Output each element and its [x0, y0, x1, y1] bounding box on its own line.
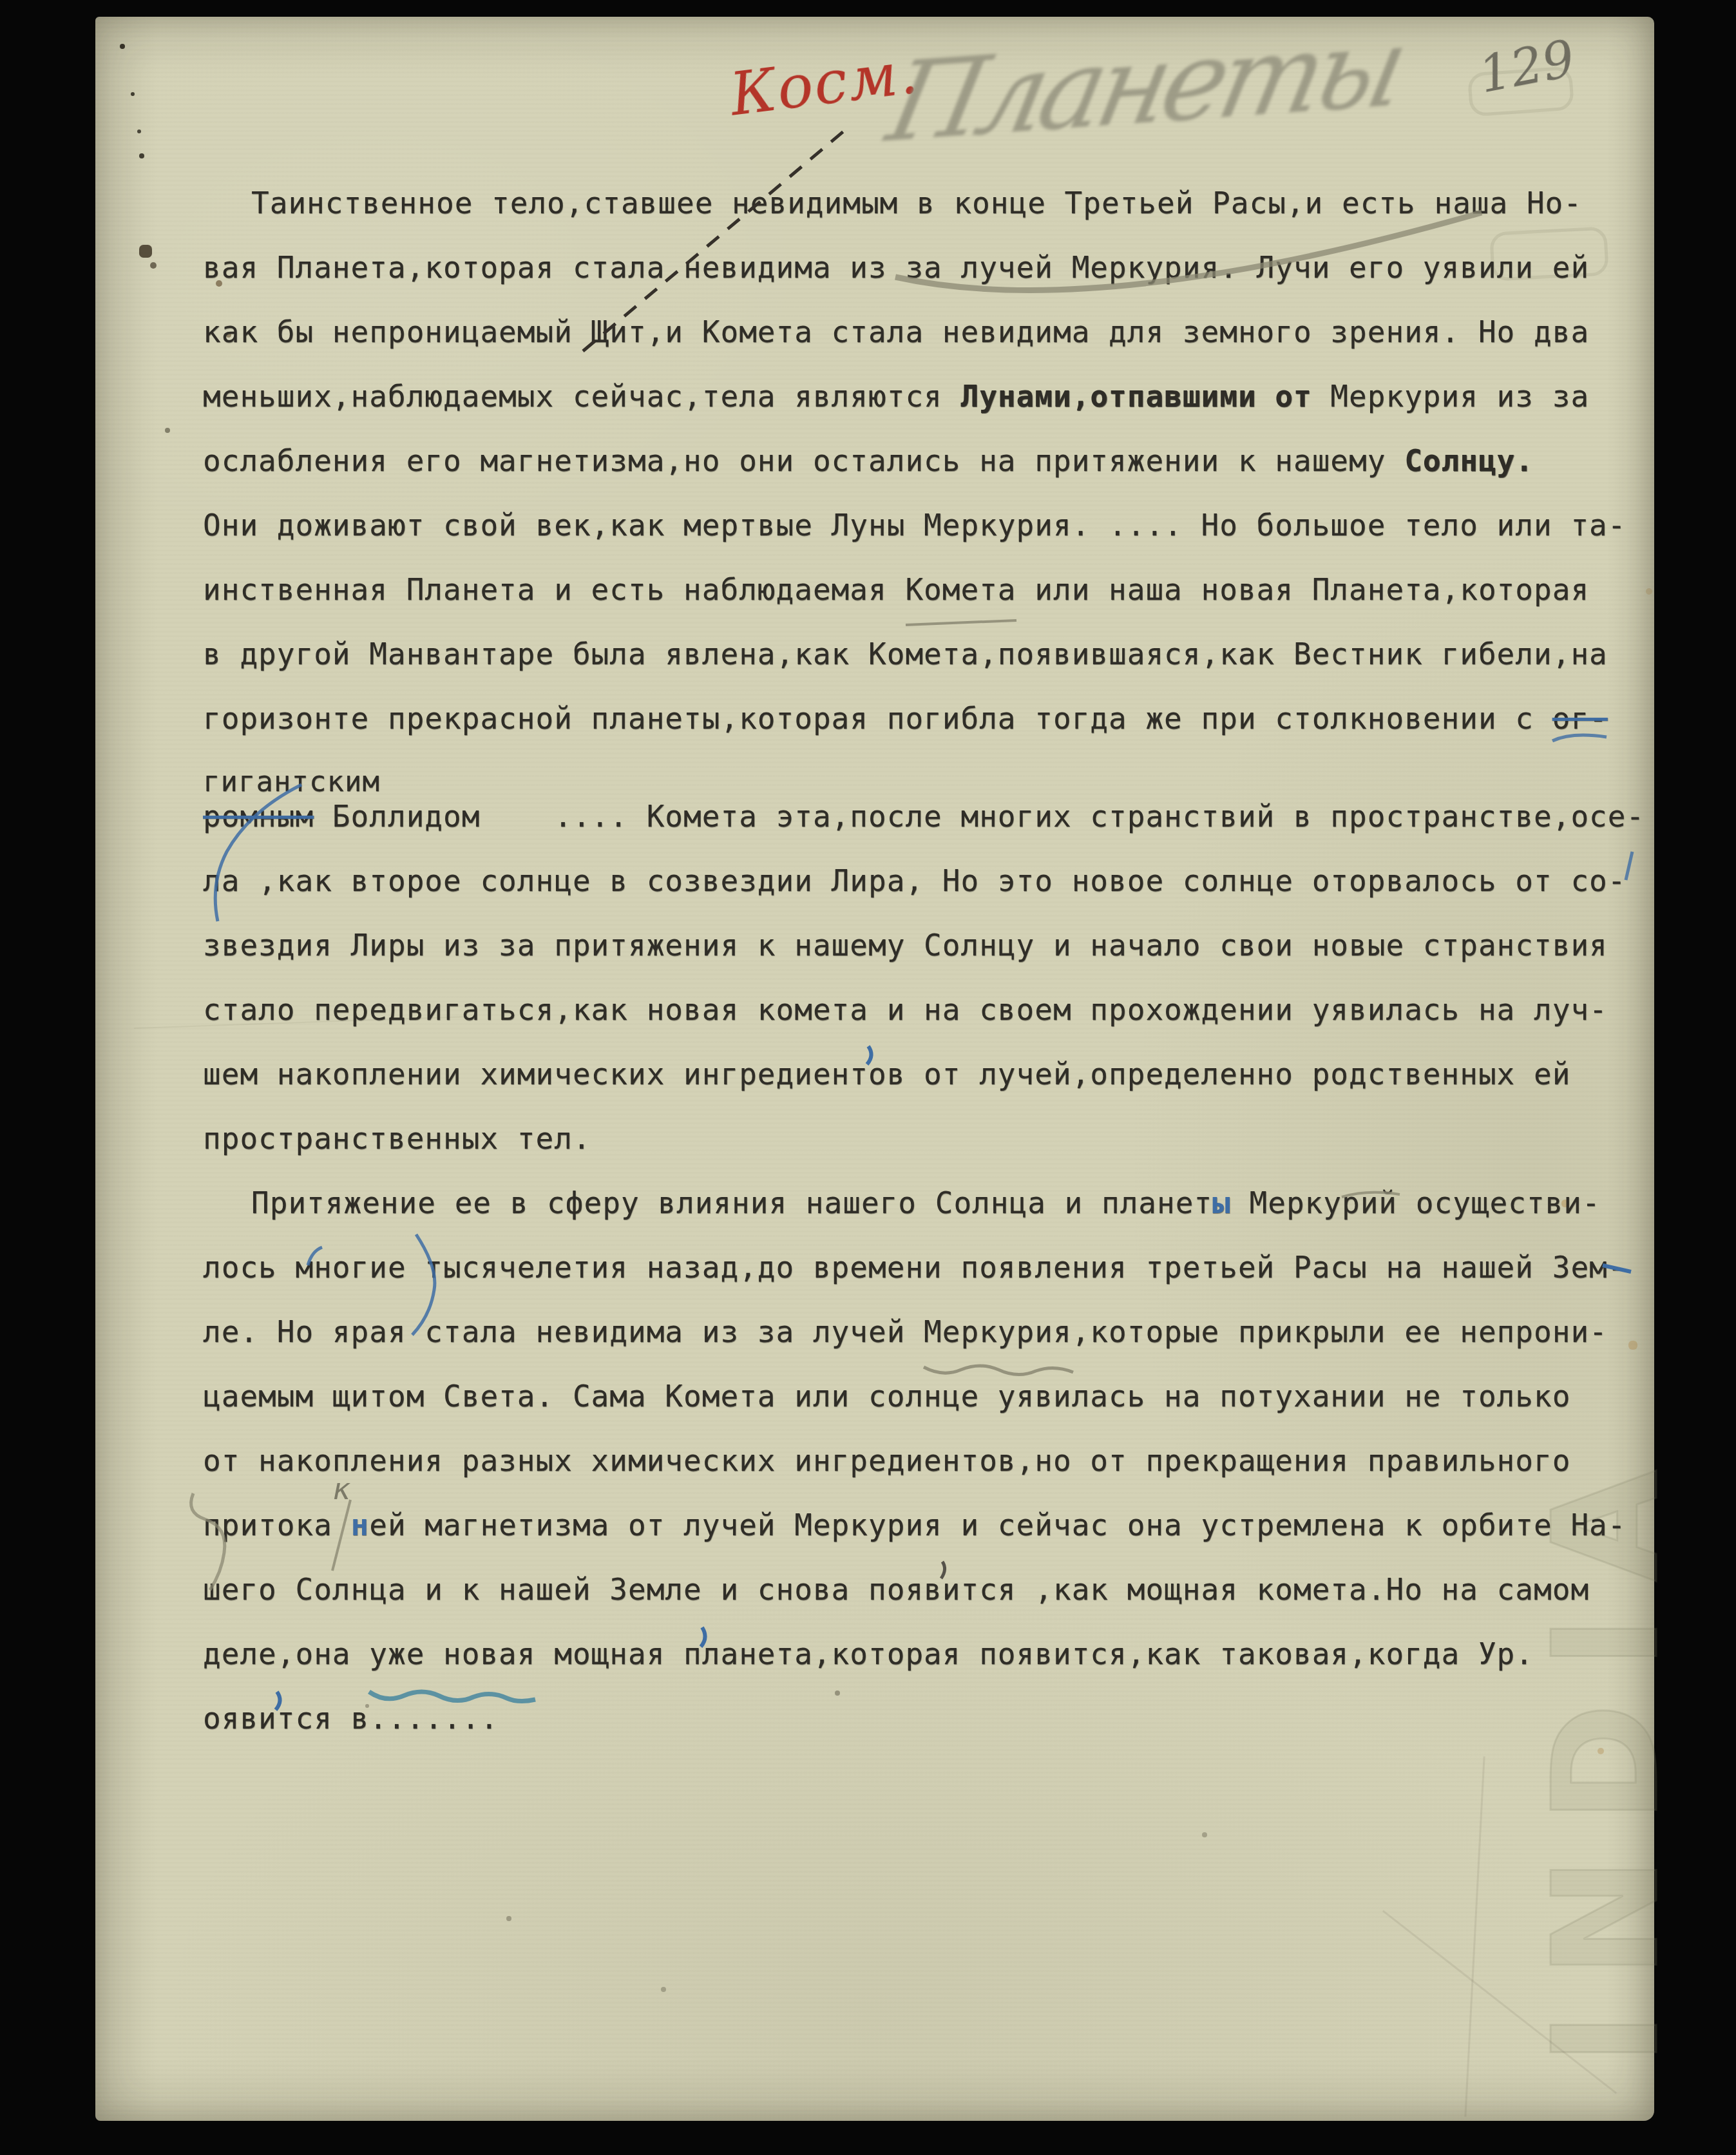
typed-segment: Притяжение ее в сферу влияния нашего Сол… [251, 1185, 1212, 1220]
typed-line: шем накоплении химических ингредиентов о… [203, 1057, 1645, 1121]
typed-line: меньших,наблюдаемых сейчас,тела являются… [203, 379, 1645, 443]
paper-sheet: INDIA Косм. Планеты 129 к Таинственное т… [95, 17, 1654, 2121]
paper-crease [1464, 1756, 1485, 2116]
typed-segment: Меркурия из за [1312, 379, 1589, 414]
typed-segment: ы [1212, 1185, 1231, 1220]
typed-line: горизонте прекрасной планеты,которая пог… [203, 701, 1645, 765]
typed-segment: в другой Манвантаре была явлена,как Коме… [203, 637, 1608, 671]
typed-segment: ей магнетизма от лучей Меркурия и сейчас… [369, 1508, 1626, 1542]
scanned-page-background: { "page": { "number": "129", "language":… [0, 0, 1736, 2155]
typed-segment: меньших,наблюдаемых сейчас,тела являются [203, 379, 960, 414]
typed-segment: ог- [1552, 701, 1608, 736]
typed-segment: шем накоплении химических ингредиентов о… [203, 1057, 1570, 1091]
typed-line: стало передвигаться,как новая комета и н… [203, 992, 1645, 1057]
typed-segment: н [351, 1508, 370, 1542]
typed-line: пространственных тел. [203, 1121, 1645, 1185]
typed-segment: шего Солнца и к нашей Земле и снова появ… [203, 1572, 1589, 1607]
typed-segment: деле,она уже новая мощная планета,котора… [203, 1636, 1534, 1671]
typed-segment: инственная Планета и есть наблюдаемая Ко… [203, 572, 1589, 607]
typed-line: притока ней магнетизма от лучей Меркурия… [203, 1508, 1645, 1572]
typed-line: цаемым щитом Света. Сама Комета или солн… [203, 1379, 1645, 1443]
typed-segment: от накопления разных химических ингредие… [203, 1443, 1570, 1478]
typed-segment: пространственных тел. [203, 1121, 591, 1156]
typed-line: гигантским [203, 765, 1645, 799]
typed-line: вая Планета,которая стала невидима из за… [203, 250, 1645, 314]
typed-segment: стало передвигаться,как новая комета и н… [203, 992, 1608, 1027]
typed-line: звездия Лиры из за притяжения к нашему С… [203, 928, 1645, 992]
typed-segment: Таинственное тело,ставшее невидимым в ко… [251, 186, 1582, 220]
typed-segment: лось многие тысячелетия назад,до времени… [203, 1250, 1626, 1285]
typed-segment: ослабления его магнетизма,но они осталис… [203, 443, 1404, 478]
typed-segment: ле. Но ярая стала невидима из за лучей М… [203, 1314, 1608, 1349]
typed-line: шего Солнца и к нашей Земле и снова появ… [203, 1572, 1645, 1636]
typed-line: Притяжение ее в сферу влияния нашего Сол… [203, 1185, 1645, 1250]
typed-segment: Лунами,отпавшими от [960, 379, 1312, 414]
typed-line: ле. Но ярая стала невидима из за лучей М… [203, 1314, 1645, 1379]
typed-segment: гигантским [203, 765, 380, 798]
typed-line: ла ,как второе солнце в созвездии Лира, … [203, 863, 1645, 928]
typed-line: от накопления разных химических ингредие… [203, 1443, 1645, 1508]
typed-line: как бы непроницаемый Щит,и Комета стала … [203, 314, 1645, 379]
typed-segment: Они доживают свой век,как мертвые Луны М… [203, 508, 1626, 542]
typed-segment: Солнцу. [1404, 443, 1534, 478]
typed-segment: как бы непроницаемый Щит,и Комета стала … [203, 314, 1589, 349]
typed-line: ослабления его магнетизма,но они осталис… [203, 443, 1645, 508]
typed-segment: ромным [203, 799, 314, 834]
typed-segment: притока [203, 1508, 351, 1542]
typed-segment: цаемым щитом Света. Сама Комета или солн… [203, 1379, 1570, 1413]
ink-specks [95, 17, 98, 19]
typed-line: лось многие тысячелетия назад,до времени… [203, 1250, 1645, 1314]
typed-line: Таинственное тело,ставшее невидимым в ко… [203, 186, 1645, 250]
typed-segment: Меркурий осуществи- [1231, 1185, 1601, 1220]
pencil-scribble: Планеты [878, 3, 1413, 168]
typed-text: Таинственное тело,ставшее невидимым в ко… [203, 186, 1645, 1765]
typed-segment: Боллидом .... Комета эта,после многих ст… [314, 799, 1645, 834]
typed-line: инственная Планета и есть наблюдаемая Ко… [203, 572, 1645, 637]
typed-line: оявится в....... [203, 1701, 1645, 1765]
typed-segment: горизонте прекрасной планеты,которая пог… [203, 701, 1552, 736]
typed-segment: звездия Лиры из за притяжения к нашему С… [203, 928, 1608, 963]
typed-line: в другой Манвантаре была явлена,как Коме… [203, 637, 1645, 701]
typed-segment: вая Планета,которая стала невидима из за… [203, 250, 1589, 285]
typed-line: Они доживают свой век,как мертвые Луны М… [203, 508, 1645, 572]
typed-line: ромным Боллидом .... Комета эта,после мн… [203, 799, 1645, 863]
typed-line: деле,она уже новая мощная планета,котора… [203, 1636, 1645, 1701]
typed-segment: ла ,как второе солнце в созвездии Лира, … [203, 863, 1626, 898]
typed-segment: оявится в....... [203, 1701, 499, 1736]
